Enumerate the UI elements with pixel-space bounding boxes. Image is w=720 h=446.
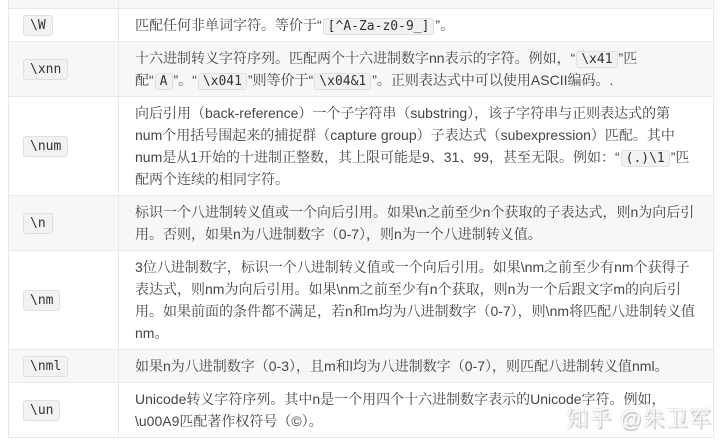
escape-code-cell: \W — [9, 9, 119, 41]
escape-description: 十六进制转义字符序列。匹配两个十六进制数字nn表示的字符。例如，“\x41”匹配… — [119, 42, 713, 96]
escape-code: \nml — [23, 356, 68, 377]
inline-code: (.)\1 — [621, 150, 670, 167]
inline-code: \x041 — [198, 73, 247, 90]
table-row: \nm3位八进制数字，标识一个八进制转义值或一个向后引用。如果\nm之前至少有n… — [9, 251, 713, 350]
escape-description: 向后引用（back-reference）一个子字符串（substring），该子… — [119, 97, 713, 195]
escape-description-cell — [119, 0, 713, 8]
escape-code: \n — [23, 213, 53, 234]
table-row: \num向后引用（back-reference）一个子字符串（substring… — [9, 97, 713, 196]
escape-code: \un — [23, 400, 60, 421]
table-row: \nml如果n为八进制数字（0-3），且m和l均为八进制数字（0-7），则匹配八… — [9, 350, 713, 383]
escape-code-cell: \xnn — [9, 42, 119, 96]
escape-code: \nm — [23, 290, 60, 311]
escape-code: \W — [23, 15, 53, 36]
escape-code-cell: \nml — [9, 350, 119, 382]
escape-code-cell: \nm — [9, 251, 119, 349]
table-body: \W匹配任何非单词字符。等价于“[^A-Za-z0-9_]”。\xnn十六进制转… — [9, 9, 713, 438]
escape-description: 匹配任何非单词字符。等价于“[^A-Za-z0-9_]”。 — [119, 9, 713, 41]
escape-code-cell: \n — [9, 196, 119, 250]
escape-description: 标识一个八进制转义值或一个向后引用。如果\n之前至少n个获取的子表达式，则n为向… — [119, 196, 713, 250]
regex-escape-table: \W匹配任何非单词字符。等价于“[^A-Za-z0-9_]”。\xnn十六进制转… — [8, 0, 714, 438]
inline-code: \x04&1 — [314, 73, 371, 90]
escape-description: 如果n为八进制数字（0-3），且m和l均为八进制数字（0-7），则匹配八进制转义… — [119, 350, 713, 382]
table-row: \unUnicode转义字符序列。其中n是一个用四个十六进制数字表示的Unico… — [9, 383, 713, 438]
table-row-cutoff — [9, 0, 713, 9]
inline-code: \x41 — [576, 51, 617, 68]
inline-code: [^A-Za-z0-9_] — [323, 18, 435, 35]
inline-code: A — [155, 73, 173, 90]
escape-code-cell — [9, 0, 119, 8]
escape-code-cell: \num — [9, 97, 119, 195]
table-row: \n标识一个八进制转义值或一个向后引用。如果\n之前至少n个获取的子表达式，则n… — [9, 196, 713, 251]
escape-code: \xnn — [23, 59, 68, 80]
escape-code-cell: \un — [9, 383, 119, 437]
table-row: \xnn十六进制转义字符序列。匹配两个十六进制数字nn表示的字符。例如，“\x4… — [9, 42, 713, 97]
escape-description: Unicode转义字符序列。其中n是一个用四个十六进制数字表示的Unicode字… — [119, 383, 713, 437]
escape-code: \num — [23, 136, 68, 157]
table-row: \W匹配任何非单词字符。等价于“[^A-Za-z0-9_]”。 — [9, 9, 713, 42]
escape-description: 3位八进制数字，标识一个八进制转义值或一个向后引用。如果\nm之前至少有nm个获… — [119, 251, 713, 349]
